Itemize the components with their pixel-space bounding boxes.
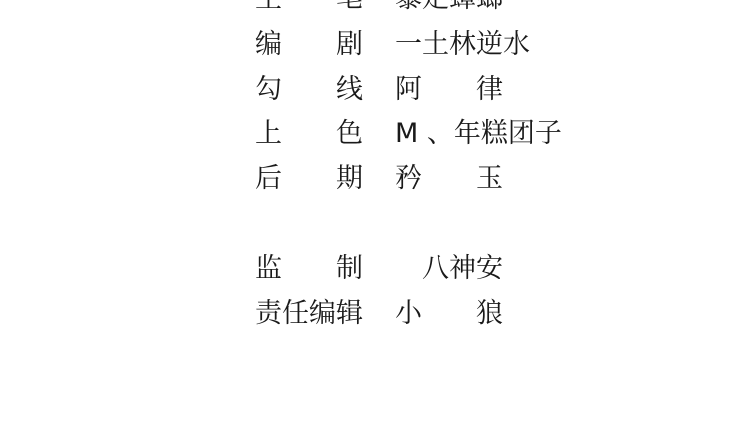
credit-row-responsible-editor: 责任编辑 小 狼 — [255, 300, 675, 328]
credit-role-label: 主 笔 — [255, 0, 363, 13]
credit-row-postproduction: 后 期 矜 玉 — [255, 165, 675, 193]
credit-row-scriptwriter: 编 剧 一土林逆水 — [255, 31, 675, 59]
credit-row-supervisor: 监 制 八神安 — [255, 255, 675, 283]
credit-row-coloring: 上 色 M 、年糕团子 — [255, 120, 675, 148]
credits-block: 主 笔 暴走蟑螂 编 剧 一土林逆水 勾 线 阿 律 上 色 M 、年糕团子 后… — [0, 0, 750, 445]
credit-name: 八神安 — [395, 255, 503, 283]
credit-name: 阿 律 — [395, 76, 503, 104]
comic-credits-page: 主 笔 暴走蟑螂 编 剧 一土林逆水 勾 线 阿 律 上 色 M 、年糕团子 后… — [0, 0, 750, 445]
credit-name: 小 狼 — [395, 300, 503, 328]
credit-name: M 、年糕团子 — [395, 120, 562, 148]
credit-name: 一土林逆水 — [395, 31, 530, 59]
credit-role-label: 后 期 — [255, 165, 363, 193]
credit-role-label: 编 剧 — [255, 31, 363, 59]
credit-row-lead-artist: 主 笔 暴走蟑螂 — [255, 0, 675, 13]
credit-role-label: 上 色 — [255, 120, 363, 148]
credit-role-label: 责任编辑 — [255, 300, 363, 328]
credit-name: 矜 玉 — [395, 165, 503, 193]
credit-role-label: 监 制 — [255, 255, 363, 283]
credit-role-label: 勾 线 — [255, 76, 363, 104]
credit-row-lineart: 勾 线 阿 律 — [255, 76, 675, 104]
credit-name: 暴走蟑螂 — [395, 0, 503, 13]
